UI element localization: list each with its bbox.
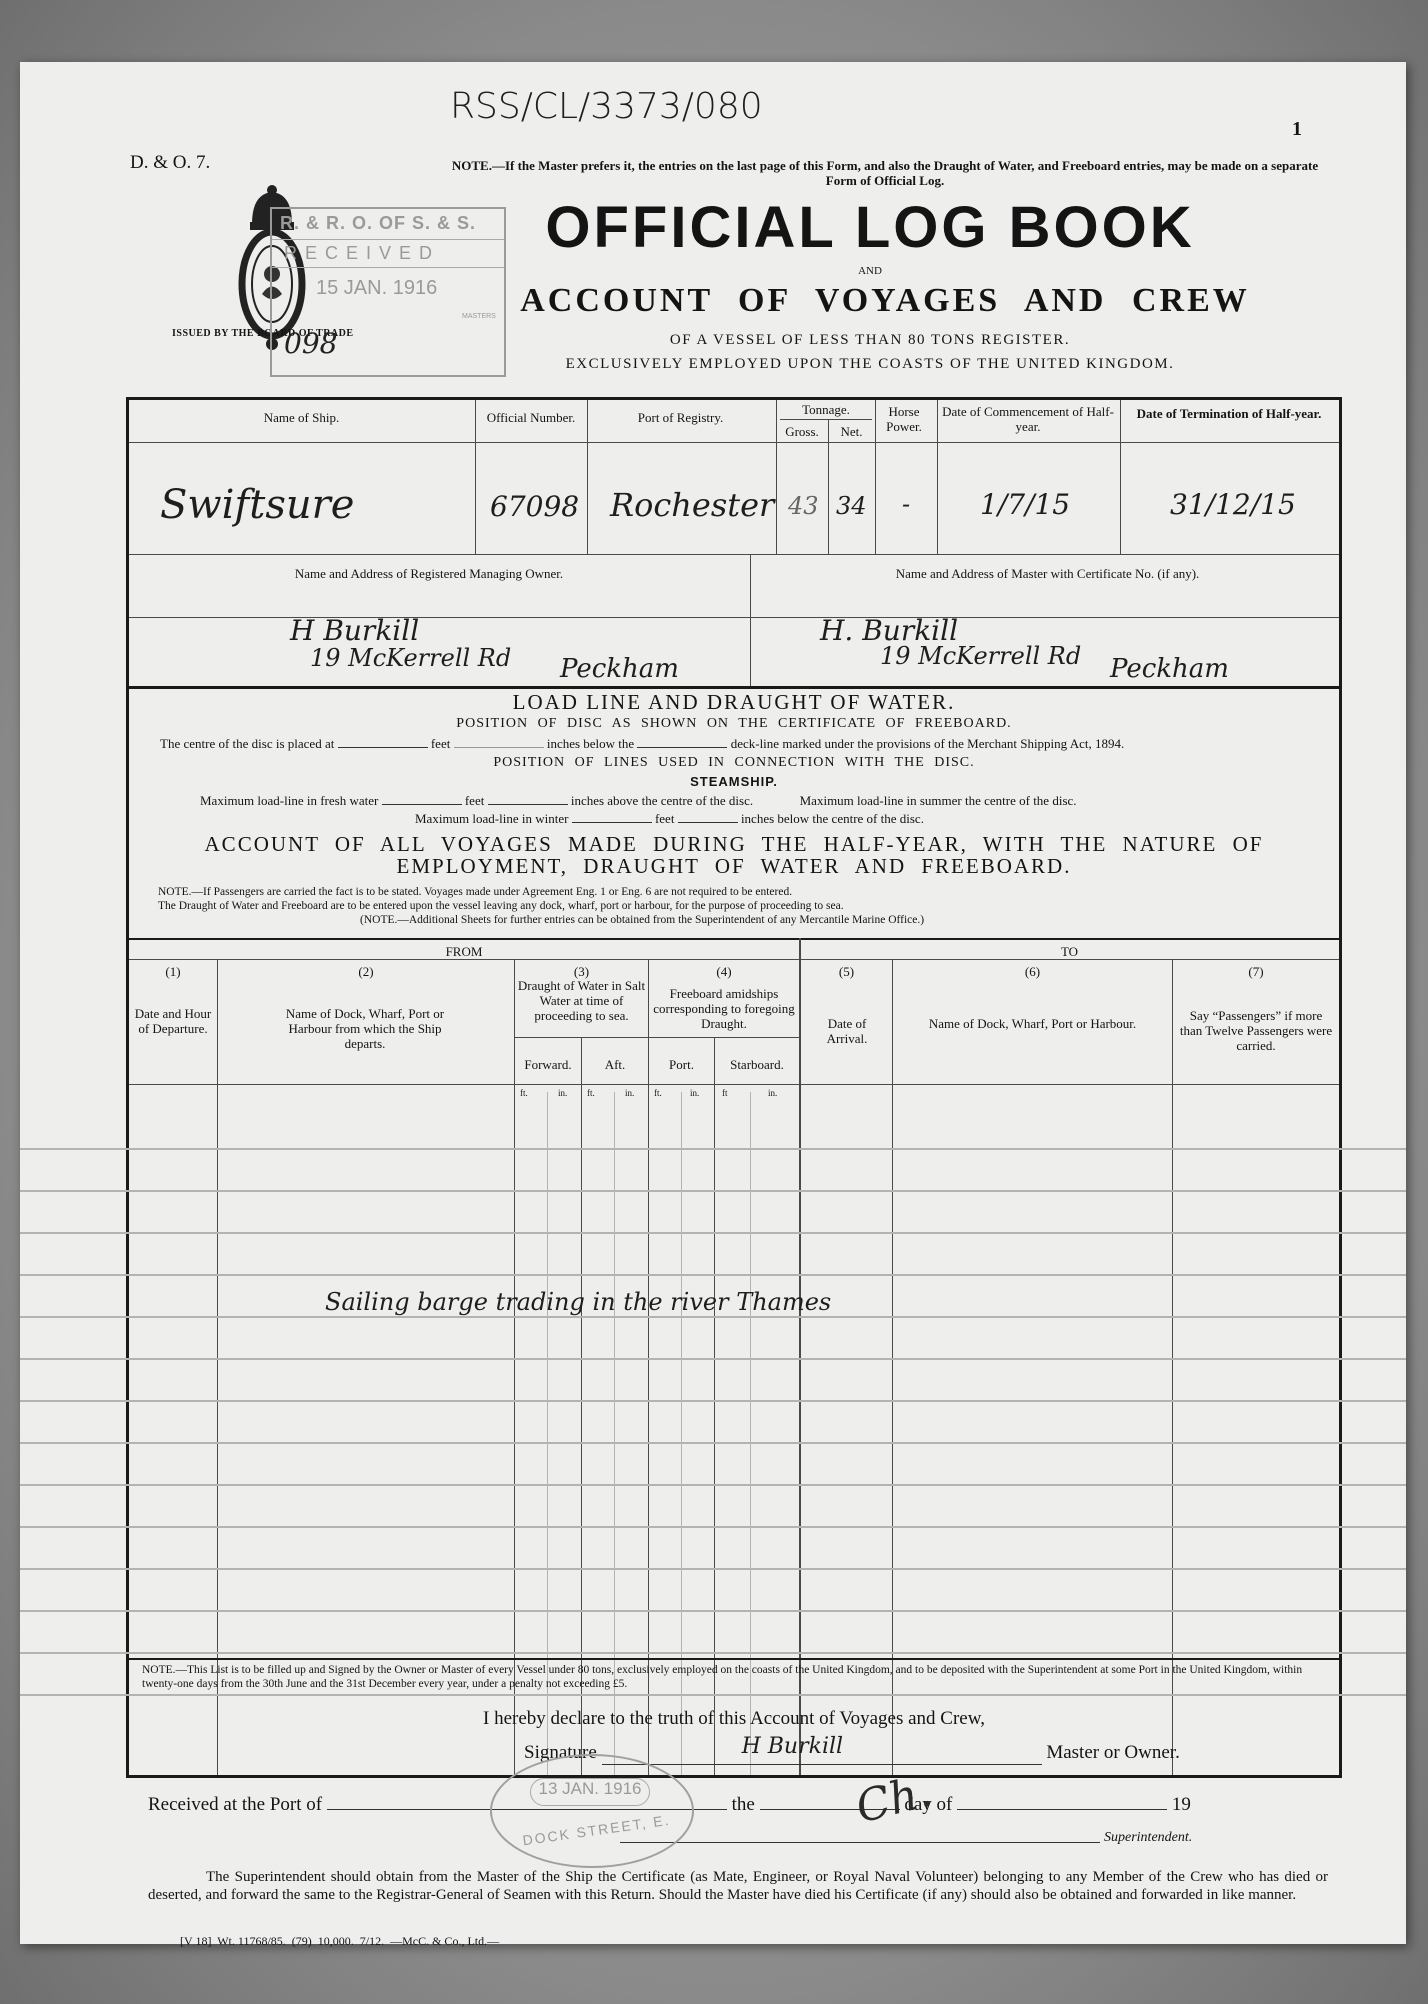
col-5-number: (5) [801,964,892,979]
winter-feet-field[interactable] [572,822,652,823]
to-label: TO [800,944,1339,959]
title-and: AND [510,265,1230,277]
col-1-label: Date and Hour of Departure. [132,1006,214,1036]
col-2-label: Name of Dock, Wharf, Port or Harbour fro… [270,1006,460,1051]
disc-text-3: inches below the [547,736,634,751]
owner-label: Name and Address of Registered Managing … [129,566,729,581]
fresh-feet-field[interactable] [382,804,462,805]
port-stamp: 13 JAN. 1916 DOCK STREET, E. [490,1754,694,1868]
frame-bottom [126,1775,1342,1778]
col-7-label: Say “Passengers” if more than Twelve Pas… [1178,1008,1334,1053]
master-address: 19 McKerrell Rd [880,642,1081,670]
frame-top [126,397,1342,400]
header-net: Net. [829,424,874,439]
horse-power-value: - [902,490,910,518]
subcol-starboard: Starboard. [715,1057,799,1072]
disc-deck-field[interactable] [637,747,727,748]
col-4-number: (4) [649,964,799,979]
summer-text: Maximum load-line in summer the centre o… [800,793,1077,808]
ship-name-value: Swiftsure [160,482,354,528]
subcol-forward: Forward. [515,1057,581,1072]
port-stamp-date: 13 JAN. 1916 [530,1778,650,1806]
lines-heading: POSITION OF LINES USED IN CONNECTION WIT… [129,755,1339,771]
frame-right [1339,397,1342,1778]
winter-inches-field[interactable] [678,822,738,823]
col-3-label: Draught of Water in Salt Water at time o… [517,978,646,1023]
disc-text-1: The centre of the disc is placed at [160,736,334,751]
subcol-port: Port. [649,1057,714,1072]
log-book-page: RSS/CL/3373/080 1 D. & O. 7. NOTE.—If th… [20,62,1406,1944]
winter-text-1: Maximum load-line in winter [415,811,568,826]
voyages-heading-2: EMPLOYMENT, DRAUGHT OF WATER AND FREEBOA… [129,854,1339,879]
header-ship-name: Name of Ship. [129,410,474,425]
signature-value: H Burkill [742,1734,843,1759]
unit-7: ft [722,1088,728,1098]
page-title: OFFICIAL LOG BOOK [510,194,1230,261]
disc-heading: POSITION OF DISC AS SHOWN ON THE CERTIFI… [129,716,1339,732]
voyages-note-2: The Draught of Water and Freeboard are t… [158,900,844,912]
frame-left [126,397,129,1778]
disc-position-line: The centre of the disc is placed at feet… [160,736,1124,752]
col-4-label: Freeboard amidships corresponding to for… [651,986,797,1031]
col-7-number: (7) [1173,964,1339,979]
superintendent-field[interactable] [620,1842,1100,1843]
printer-imprint: [V 18] Wt. 11768/85. (79) 10,000. 7/12. … [180,1934,499,1949]
superintendent-instructions: The Superintendent should obtain from th… [148,1868,1328,1904]
unit-5: ft. [654,1088,662,1098]
disc-feet-field[interactable] [338,747,428,748]
official-number-value: 67098 [490,490,579,523]
unit-3: ft. [587,1088,595,1098]
stamp-line-1: R. & R. O. OF S. & S. [280,213,476,234]
declaration: I hereby declare to the truth of this Ac… [129,1708,1339,1730]
col-6-label: Name of Dock, Wharf, Port or Harbour. [920,1016,1145,1031]
port-stamp-text: DOCK STREET, E. [522,1812,672,1849]
net-tonnage-value: 34 [836,492,867,520]
fresh-text-3: inches above the centre of the disc. [571,793,753,808]
unit-4: in. [625,1088,634,1098]
col-2-number: (2) [218,964,514,979]
fresh-text-2: feet [465,793,484,808]
fresh-text-1: Maximum load-line in fresh water [200,793,378,808]
header-port-of-registry: Port of Registry. [588,410,773,425]
page-number: 1 [1292,118,1302,141]
disc-inches-field[interactable] [454,747,544,748]
page-subtitle: ACCOUNT OF VOYAGES AND CREW [470,282,1300,320]
stamp-handwritten-number: 098 [284,327,337,360]
header-tonnage: Tonnage. [777,402,875,417]
unit-1: ft. [520,1088,528,1098]
header-commencement: Date of Commencement of Half-year. [938,404,1118,434]
fresh-water-line: Maximum load-line in fresh water feet in… [200,793,1077,809]
gross-tonnage-value: 43 [788,492,819,520]
unit-8: in. [768,1088,777,1098]
signature-field[interactable]: H Burkill [602,1742,1042,1765]
voyages-note-3: (NOTE.—Additional Sheets for further ent… [360,914,924,926]
owner-address: 19 McKerrell Rd [310,644,511,672]
footer-note: NOTE.—This List is to be filled up and S… [142,1663,1328,1691]
unit-2: in. [558,1088,567,1098]
owner-town: Peckham [560,654,679,684]
winter-text-2: feet [655,811,674,826]
disc-text-2: feet [431,736,450,751]
port-of-registry-value: Rochester [610,486,774,524]
load-line-heading: LOAD LINE AND DRAUGHT OF WATER. [129,690,1339,715]
superintendent-label: Superintendent. [1104,1830,1192,1846]
header-horse-power: Horse Power. [878,404,930,434]
disc-text-4: deck-line marked under the provisions of… [731,736,1125,751]
col-1-number: (1) [129,964,217,979]
stamp-line-2: RECEIVED [284,243,440,264]
col-5-label: Date of Arrival. [810,1016,884,1046]
received-year: 19 [1172,1794,1191,1815]
commencement-date-value: 1/7/15 [980,488,1070,521]
fresh-inches-field[interactable] [488,804,568,805]
subcol-aft: Aft. [582,1057,648,1072]
received-text-1: Received at the Port of [148,1794,322,1815]
voyages-note-1: NOTE.—If Passengers are carried the fact… [158,886,792,898]
col-6-number: (6) [893,964,1172,979]
form-code: D. & O. 7. [130,152,210,174]
subtitle-line-1: OF A VESSEL OF LESS THAN 80 TONS REGISTE… [510,332,1230,349]
stamp-date: 15 JAN. 1916 [316,277,437,300]
from-label: FROM [129,944,799,959]
owner-name: H Burkill [290,614,419,647]
master-town: Peckham [1110,654,1229,684]
winter-text-3: inches below the centre of the disc. [741,811,924,826]
header-official-number: Official Number. [476,410,586,425]
master-label: Name and Address of Master with Certific… [760,566,1335,581]
top-note: NOTE.—If the Master prefers it, the entr… [450,158,1320,188]
voyage-entry[interactable]: Sailing barge trading in the river Thame… [325,1288,831,1316]
subtitle-line-2: EXCLUSIVELY EMPLOYED UPON THE COASTS OF … [470,356,1270,373]
col-3-number: (3) [515,964,648,979]
received-month-field[interactable] [957,1809,1167,1810]
winter-line: Maximum load-line in winter feet inches … [415,811,924,827]
received-text-2: the [732,1794,755,1815]
signature-role: Master or Owner. [1046,1742,1180,1763]
unit-6: in. [690,1088,699,1098]
steamship-heading: STEAMSHIP. [129,774,1339,789]
header-gross: Gross. [777,424,827,439]
termination-date-value: 31/12/15 [1170,488,1296,521]
archive-reference: RSS/CL/3373/080 [450,86,763,127]
header-termination: Date of Termination of Half-year. [1124,406,1334,421]
